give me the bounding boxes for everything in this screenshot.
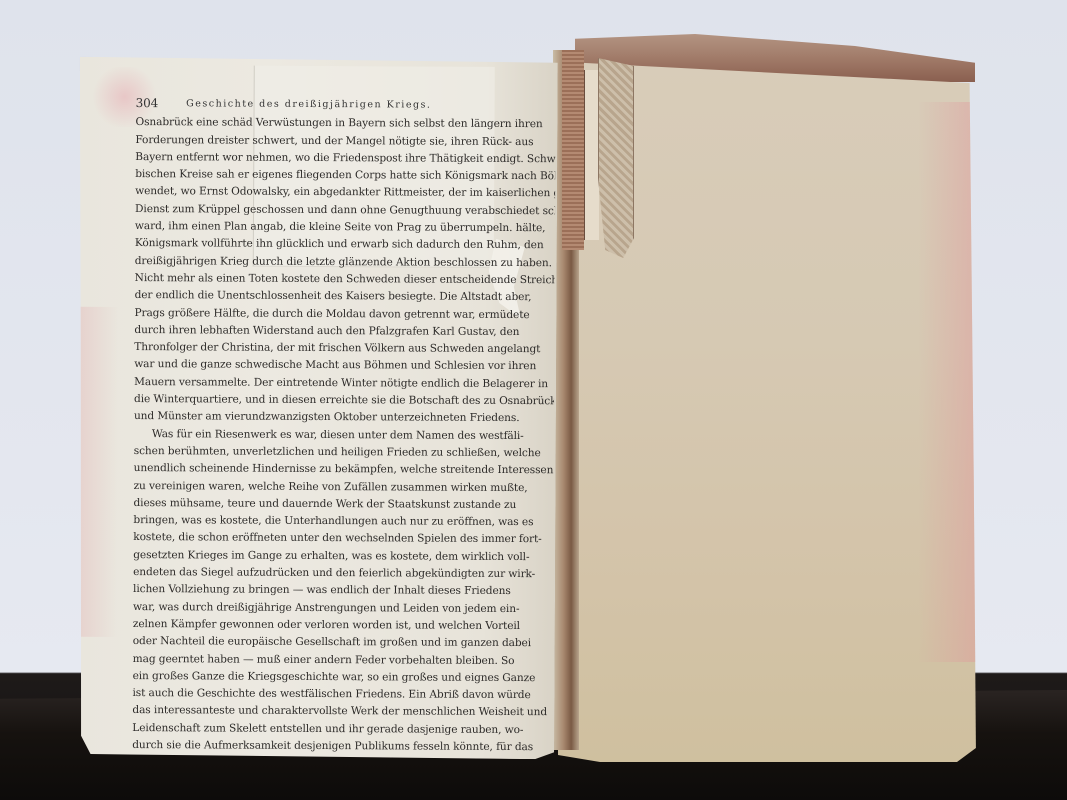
text-line: wendet, wo Ernst Odowalsky, ein abgedank… <box>135 184 555 203</box>
text-line: Königsmark vollführte ihn glücklich und … <box>135 235 555 254</box>
text-line: bringen, was es kostete, die Unterhandlu… <box>133 512 553 531</box>
text-line: Dienst zum Krüppel geschossen und dann o… <box>135 201 555 220</box>
text-line: durch ihren lebhaften Widerstand auch de… <box>134 322 554 341</box>
text-line: endeten das Siegel aufzudrücken und den … <box>133 564 553 583</box>
text-line: Bayern entfernt wor nehmen, wo die Fried… <box>135 149 555 168</box>
text-line: gesetzten Krieges im Gange zu erhalten, … <box>133 547 553 566</box>
text-line: mag geerntet haben — muß einer andern Fe… <box>133 651 553 670</box>
text-line: Thronfolger der Christina, der mit frisc… <box>134 339 554 358</box>
text-line: der endlich die Unentschlossenheit des K… <box>135 287 555 306</box>
page-number: 304 <box>136 95 159 112</box>
page-text: 304 Geschichte des dreißigjährigen Krieg… <box>132 95 556 800</box>
text-line: Nicht mehr als einen Toten kostete den S… <box>135 270 555 289</box>
text-line: zu vereinigen waren, welche Reihe von Zu… <box>134 478 554 497</box>
running-head: 304 Geschichte des dreißigjährigen Krieg… <box>136 95 556 114</box>
text-line: zelnen Kämpfer gewonnen oder verloren wo… <box>133 616 553 635</box>
text-line: die Winterquartiere, und in diesen errei… <box>134 391 554 410</box>
text-line: Prags größere Hälfte, die durch die Mold… <box>134 305 554 324</box>
text-line: war und die ganze schwedische Macht aus … <box>134 356 554 375</box>
text-line: ein großes Ganze die Kriegsgeschichte wa… <box>133 668 553 687</box>
text-line: Leidenschaft zum Skelett entstellen und … <box>132 720 552 739</box>
left-book-page: 304 Geschichte des dreißigjährigen Krieg… <box>76 57 558 759</box>
text-line: lichen Vollziehung zu bringen — was endl… <box>133 581 553 600</box>
text-line: unendlich scheinende Hindernisse zu bekä… <box>134 460 554 479</box>
text-line: durch sie die Aufmerksamkeit desjenigen … <box>132 737 552 756</box>
text-line: schen berühmten, unverletzlichen und hei… <box>134 443 554 462</box>
text-line: ist auch die Geschichte des westfälische… <box>132 685 552 704</box>
running-head-title: Geschichte des dreißigjährigen Kriegs. <box>186 95 431 114</box>
text-line: dreißigjährigen Krieg durch die letzte g… <box>135 253 555 272</box>
text-line: das interessanteste und charaktervollste… <box>132 702 552 721</box>
patterned-endpaper-strip <box>598 58 634 258</box>
text-line: Forderungen dreister schwert, und der Ma… <box>135 132 555 151</box>
text-line: und Münster am vierundzwanzigsten Oktobe… <box>134 408 554 427</box>
photo-scene: 304 Geschichte des dreißigjährigen Krieg… <box>0 0 1067 800</box>
text-line: Osnabrück eine schäd Verwüstungen in Bay… <box>135 114 555 133</box>
text-line: kostete, die schon eröffneten unter den … <box>133 529 553 548</box>
text-line: Was für ein Riesenwerk es war, diesen un… <box>134 426 554 445</box>
text-line: war, was durch dreißigjährige Anstrengun… <box>133 599 553 618</box>
text-line: dieses mühsame, teure und dauernde Werk … <box>133 495 553 514</box>
text-line: Mauern versammelte. Der eintretende Wint… <box>134 374 554 393</box>
torn-endpaper-edge <box>584 70 599 240</box>
text-line: ward, ihm einen Plan angab, die kleine S… <box>135 218 555 237</box>
spine-cloth-binding <box>562 50 584 250</box>
text-line: bischen Kreise sah er eigenes fliegenden… <box>135 166 555 185</box>
text-line: oder Nachteil die europäische Gesellscha… <box>133 633 553 652</box>
